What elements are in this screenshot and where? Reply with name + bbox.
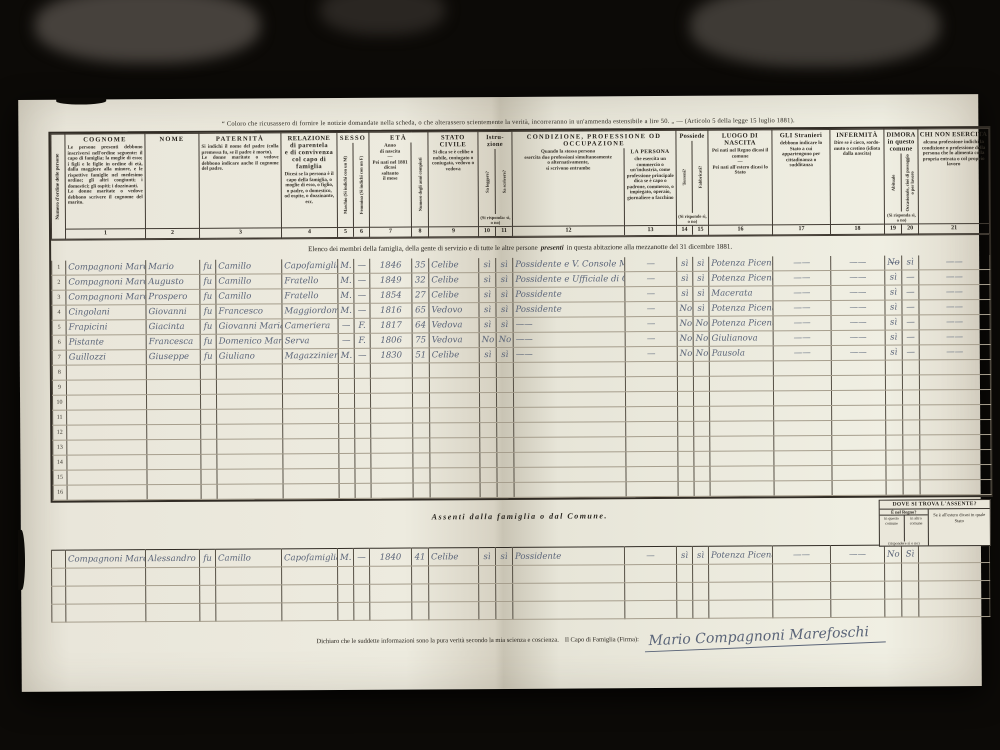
cell-fu — [201, 469, 217, 484]
cell-dim_oc: — — [902, 315, 919, 330]
cell-anni: 75 — [412, 333, 429, 348]
cell-infermita: —— — [831, 256, 885, 271]
cell-num: 15 — [53, 470, 67, 485]
cell-relazione — [283, 468, 339, 483]
cell-padre — [217, 484, 283, 499]
cell-infermita — [832, 405, 886, 420]
cell-m: M. — [338, 303, 354, 318]
cell-condizione — [514, 452, 626, 468]
col-header-istruzione: Istru- zioneSa leggere?Sa scrivere?(Si r… — [478, 131, 513, 236]
cell-anni: 27 — [412, 288, 429, 303]
cell-anno: 1817 — [370, 318, 412, 333]
absent-section: Assenti dalla famiglia o dal Comune. DOV… — [51, 509, 990, 623]
cell-f — [355, 438, 371, 453]
cell-f — [354, 602, 370, 620]
cell-fu — [200, 379, 216, 394]
cell-stato: Celibe — [429, 348, 479, 363]
cell-m — [338, 602, 354, 620]
cell-infermita — [832, 450, 886, 465]
cell-cognome — [67, 410, 147, 425]
cell-chi: —— — [919, 330, 990, 345]
cell-dim_oc: — — [902, 345, 919, 360]
cell-chi — [919, 375, 990, 390]
cell-fabbricati: sì — [693, 286, 709, 301]
cell-luogo — [710, 451, 774, 466]
cell-f: — — [353, 548, 369, 566]
cell-scrive: sì — [496, 302, 513, 317]
cell-dim_ab — [886, 480, 903, 495]
cell-luogo — [709, 582, 773, 600]
cell-dim_ab — [886, 405, 903, 420]
cell-anni — [412, 602, 429, 620]
cell-f — [355, 483, 371, 498]
cell-anni: 51 — [412, 348, 429, 363]
cell-relazione: Fratello — [282, 273, 338, 288]
cell-stranieri: —— — [773, 300, 831, 315]
cell-persona — [625, 600, 677, 618]
col-header-stranieri: GLI Stranieridebbono indicare lo Stato a… — [772, 129, 831, 234]
cell-num: 5 — [52, 320, 66, 335]
cell-anni — [413, 438, 430, 453]
cell-fabbricati — [694, 421, 710, 436]
cell-legge — [480, 438, 497, 453]
cell-dim_oc — [902, 375, 919, 390]
cell-condizione: Possidente e V. Console Malvinese — [513, 257, 625, 272]
cell-cognome — [67, 440, 147, 455]
col-header-eta: ETÀAnno di nascita — Pei nati nel 1881 d… — [369, 132, 429, 237]
cell-anno: 1854 — [370, 288, 412, 303]
cell-chi — [920, 405, 991, 420]
cell-stranieri — [773, 390, 831, 405]
cell-dim_ab — [886, 465, 903, 480]
cell-dim_oc — [902, 360, 919, 375]
cell-nome: Giovanni — [146, 304, 200, 319]
cell-nome — [147, 484, 201, 499]
cell-condizione: —— — [513, 317, 625, 333]
cell-num: 13 — [53, 440, 67, 455]
where-absent-box: DOVE SI TROVA L'ASSENTE? È nel Regno? in… — [879, 499, 991, 547]
cell-relazione — [283, 408, 339, 423]
cell-infermita — [831, 563, 885, 581]
cell-infermita: —— — [831, 315, 885, 330]
cell-stranieri: —— — [772, 545, 830, 563]
header-row: Numero d'ordine delle persone COGNOMELe … — [51, 129, 990, 240]
cell-stranieri — [773, 563, 831, 581]
cell-fu: fu — [200, 274, 216, 289]
cell-anni: 65 — [412, 303, 429, 318]
cell-chi: —— — [919, 315, 990, 330]
cell-fabbricati: sì — [693, 257, 709, 272]
cell-anni: 64 — [412, 318, 429, 333]
declaration-text: Dichiaro che le suddette informazioni so… — [316, 637, 558, 645]
cell-legge: sì — [479, 318, 496, 333]
cell-infermita — [831, 390, 885, 405]
cell-m — [339, 453, 355, 468]
cell-cognome: Compagnoni Marefoschi — [66, 290, 146, 305]
cell-chi — [920, 420, 991, 435]
cell-condizione — [514, 482, 626, 498]
cell-chi — [919, 581, 990, 599]
cell-relazione: Magazziniere — [282, 348, 338, 363]
cell-persona — [626, 481, 678, 496]
cell-condizione: Possidente e Ufficiale di Cavalleria — [513, 272, 625, 288]
cell-relazione: Serva — [282, 333, 338, 348]
cell-condizione — [513, 377, 625, 393]
cell-anno — [370, 602, 412, 620]
cell-stranieri: —— — [773, 345, 831, 360]
cell-persona — [626, 436, 678, 451]
cell-relazione: Maggiordomo — [282, 303, 338, 318]
cell-nome — [147, 394, 201, 409]
cell-chi — [919, 599, 990, 617]
cell-stranieri — [773, 360, 831, 375]
census-body-table: 1Compagnoni MarefoschiMariofuCamilloCapo… — [51, 255, 991, 501]
cell-chi: —— — [919, 285, 990, 300]
cell-m — [338, 363, 354, 378]
cell-anno: 1840 — [369, 548, 411, 566]
cell-fu: fu — [200, 319, 216, 334]
cell-m — [339, 423, 355, 438]
cell-num — [52, 604, 66, 622]
cell-num: 10 — [53, 395, 67, 410]
cell-cognome — [67, 425, 147, 440]
cell-terreni: No — [677, 331, 693, 346]
cell-fabbricati — [693, 376, 709, 391]
cell-luogo — [709, 391, 773, 406]
cell-relazione: Capofamiglia — [281, 548, 337, 566]
cell-f: F. — [354, 318, 370, 333]
cell-f — [355, 468, 371, 483]
cell-stato — [430, 468, 480, 483]
cell-luogo — [710, 406, 774, 421]
cell-fabbricati — [694, 406, 710, 421]
col-header-condizione: CONDIZIONE, PROFESSIONE OD OCCUPAZIONEQu… — [512, 130, 677, 236]
cell-anno: 1849 — [370, 273, 412, 288]
col-header-luogo-nascita: LUOGO DI NASCITAPei nati nel Regno dicas… — [708, 130, 773, 235]
cell-anni — [413, 423, 430, 438]
cell-stranieri — [774, 435, 832, 450]
cell-persona — [625, 391, 677, 406]
cell-scrive — [497, 437, 514, 452]
cell-dim_ab: sì — [885, 330, 902, 345]
cell-fu: fu — [200, 349, 216, 364]
cell-stranieri: —— — [773, 285, 831, 300]
cell-terreni: No — [677, 316, 693, 331]
cell-condizione: Possidente — [512, 547, 624, 566]
cell-stranieri — [774, 420, 832, 435]
cell-persona — [626, 406, 678, 421]
cell-padre — [216, 379, 282, 394]
cell-stato — [429, 363, 479, 378]
cell-luogo: Potenza Picena — [709, 256, 773, 271]
cell-infermita — [831, 599, 885, 617]
cell-stato: Celibe — [429, 288, 479, 303]
cell-anno — [370, 378, 412, 393]
cell-persona — [625, 376, 677, 391]
cell-m — [338, 566, 354, 584]
cell-terreni: sì — [677, 257, 693, 272]
cell-persona: — — [624, 546, 676, 564]
cell-legge — [480, 468, 497, 483]
cell-dim_ab: No — [884, 545, 901, 563]
cell-dim_ab: N̶o̶ — [885, 256, 902, 271]
cell-dim_oc: — — [902, 330, 919, 345]
cell-dim_ab: sì — [885, 270, 902, 285]
cell-padre — [217, 439, 283, 454]
cell-f — [354, 363, 370, 378]
cell-terreni: sì — [676, 546, 692, 564]
cell-relazione — [282, 566, 338, 584]
col-header-paternita: PATERNITÀSi indichi il nome del padre (c… — [199, 133, 282, 238]
cell-legge: sì — [479, 273, 496, 288]
cell-dim_oc — [902, 390, 919, 405]
cell-terreni: No — [677, 346, 693, 361]
cell-dim_oc — [902, 599, 919, 617]
cell-f — [354, 393, 370, 408]
cell-persona: — — [625, 271, 677, 286]
cell-scrive — [496, 601, 513, 619]
cell-scrive — [497, 407, 514, 422]
cell-condizione: Possidente — [513, 287, 625, 303]
cell-padre — [217, 394, 283, 409]
cell-f — [355, 408, 371, 423]
cell-legge — [479, 566, 496, 584]
cell-legge — [480, 453, 497, 468]
cell-condizione — [513, 601, 625, 620]
cell-m: M. — [338, 259, 354, 274]
cell-num — [52, 586, 66, 604]
cell-dim_oc: sì — [902, 255, 919, 270]
cell-stato — [429, 584, 479, 602]
cell-fu: fu — [200, 260, 216, 275]
cell-anni: 32 — [412, 273, 429, 288]
cell-m — [339, 483, 355, 498]
cell-relazione: Fratello — [282, 288, 338, 303]
cell-scrive — [497, 467, 514, 482]
cell-anno — [371, 483, 413, 498]
cell-scrive — [496, 362, 513, 377]
cell-legge — [479, 584, 496, 602]
cell-num: 6 — [52, 335, 66, 350]
cell-stato: Vedovo — [429, 303, 479, 318]
cell-terreni — [678, 421, 694, 436]
cell-stato — [430, 408, 480, 423]
cell-nome: Francesca — [146, 334, 200, 349]
cell-infermita — [832, 435, 886, 450]
cell-dim_oc — [903, 420, 920, 435]
cell-nome — [146, 603, 200, 621]
cell-cognome — [66, 365, 146, 380]
cell-m: M. — [338, 288, 354, 303]
cell-fu — [201, 394, 217, 409]
cell-relazione — [282, 602, 338, 620]
cell-persona — [625, 564, 677, 582]
cell-anni — [413, 468, 430, 483]
cell-anno — [370, 584, 412, 602]
cell-chi — [919, 563, 990, 581]
cell-stato: Celibe — [429, 258, 479, 273]
cell-anni — [412, 584, 429, 602]
cell-anno — [371, 438, 413, 453]
cell-scrive: sì — [496, 347, 513, 362]
cell-infermita — [832, 420, 886, 435]
cell-stato — [430, 483, 480, 498]
paper-tear — [18, 530, 25, 590]
cell-cognome: Compagnoni Marefoschi — [65, 550, 145, 568]
census-header-table: Numero d'ordine delle persone COGNOMELe … — [50, 128, 990, 240]
cell-infermita: —— — [831, 270, 885, 285]
cell-infermita: —— — [830, 545, 884, 563]
cell-f — [354, 566, 370, 584]
cell-condizione — [513, 392, 625, 408]
cell-padre: Domenico March. — [216, 334, 282, 349]
cell-fabbricati — [694, 466, 710, 481]
col-header-relazione: RELAZIONE di parentela e di convivenza c… — [281, 132, 338, 237]
cell-stranieri — [773, 581, 831, 599]
cell-condizione — [514, 422, 626, 438]
cell-num: 16 — [53, 485, 67, 500]
cell-cognome: Guillozzi — [66, 350, 146, 365]
cell-terreni — [677, 600, 693, 618]
cell-m: M. — [338, 273, 354, 288]
cell-chi: —— — [919, 300, 990, 315]
cell-stato: Celibe — [428, 548, 478, 566]
cell-scrive: sì — [495, 547, 512, 565]
cell-f — [355, 423, 371, 438]
cell-luogo: Giulianova — [709, 331, 773, 346]
cell-dim_ab — [886, 420, 903, 435]
cell-padre — [217, 409, 283, 424]
cell-scrive: sì — [496, 258, 513, 273]
cell-infermita: —— — [831, 285, 885, 300]
declaration-lead: Il Capo di Famiglia (Firma): — [565, 636, 639, 643]
cell-terreni — [677, 376, 693, 391]
cell-fu: fu — [199, 549, 215, 567]
cell-persona — [625, 582, 677, 600]
cell-stranieri — [773, 599, 831, 617]
cell-persona: — — [625, 331, 677, 346]
cell-cognome — [66, 568, 146, 586]
cell-anno: 1806 — [370, 333, 412, 348]
cell-infermita: —— — [831, 300, 885, 315]
cell-scrive — [497, 452, 514, 467]
cell-padre: Francesco — [216, 304, 282, 319]
cell-relazione — [282, 363, 338, 378]
cell-stato — [429, 602, 479, 620]
col-header-chi-non-esercita: CHI NON ESERCITAalcuna professione indic… — [918, 129, 990, 234]
cell-legge: sì — [479, 258, 496, 273]
cell-anno — [370, 566, 412, 584]
cell-relazione: Capofamiglia — [282, 259, 338, 274]
cell-legge — [479, 378, 496, 393]
cell-dim_oc: — — [902, 285, 919, 300]
cell-fu: fu — [200, 334, 216, 349]
cell-nome — [147, 454, 201, 469]
cell-cognome — [67, 395, 147, 410]
cell-persona — [626, 451, 678, 466]
cell-anni: 41 — [411, 548, 428, 566]
cell-dim_ab — [885, 360, 902, 375]
cell-stranieri: —— — [773, 270, 831, 285]
cell-nome — [146, 364, 200, 379]
cell-luogo — [710, 436, 774, 451]
cell-fabbricati — [693, 564, 709, 582]
cell-fabbricati — [694, 451, 710, 466]
cell-luogo: Pausola — [709, 346, 773, 361]
cell-persona: — — [625, 286, 677, 301]
cell-num: 2 — [52, 275, 66, 290]
cell-terreni: sì — [677, 271, 693, 286]
cell-anno: 1846 — [370, 259, 412, 274]
cell-stranieri — [774, 450, 832, 465]
cell-legge: sì — [479, 288, 496, 303]
cell-legge: sì — [479, 303, 496, 318]
cell-padre: Camillo — [216, 289, 282, 304]
cell-num: 3 — [52, 290, 66, 305]
cell-scrive — [497, 422, 514, 437]
cell-padre — [217, 469, 283, 484]
col-header-numero: Numero d'ordine delle persone — [51, 134, 66, 239]
cell-f: — — [354, 288, 370, 303]
cell-infermita — [831, 360, 885, 375]
cell-stato: Celibe — [429, 273, 479, 288]
cell-dim_oc — [903, 465, 920, 480]
cell-scrive — [497, 482, 514, 497]
head-of-family-signature: Mario Compagnoni Marefoschi — [645, 623, 886, 652]
cell-f: F. — [354, 333, 370, 348]
absent-table: Compagnoni MarefoschiAlessandrofuCamillo… — [51, 544, 990, 623]
cell-persona: — — [625, 301, 677, 316]
cell-fu: fu — [200, 289, 216, 304]
cell-f: — — [354, 348, 370, 363]
cell-dim_ab — [885, 375, 902, 390]
cell-anno: 1830 — [370, 348, 412, 363]
cell-persona — [625, 361, 677, 376]
cell-dim_ab: sì — [885, 315, 902, 330]
cell-stranieri — [773, 375, 831, 390]
cell-luogo — [710, 481, 774, 496]
cell-terreni — [677, 582, 693, 600]
cell-padre — [217, 424, 283, 439]
cell-dim_ab: sì — [885, 300, 902, 315]
cell-anni: 35 — [412, 258, 429, 273]
cell-luogo: Potenza Picena — [709, 271, 773, 286]
cell-m — [339, 408, 355, 423]
cell-nome — [146, 567, 200, 585]
cell-fabbricati — [694, 481, 710, 496]
cell-luogo — [709, 361, 773, 376]
cell-infermita: —— — [831, 345, 885, 360]
cell-chi — [918, 545, 989, 563]
cell-anno — [371, 468, 413, 483]
cell-f — [354, 584, 370, 602]
cell-stranieri: —— — [773, 330, 831, 345]
cell-num: 8 — [52, 365, 66, 380]
cell-condizione: Possidente — [513, 302, 625, 318]
cell-anno — [371, 423, 413, 438]
cell-nome — [147, 409, 201, 424]
cell-scrive — [496, 565, 513, 583]
cell-fu — [201, 409, 217, 424]
cell-num: 14 — [53, 455, 67, 470]
cell-dim_ab — [885, 390, 902, 405]
cell-relazione — [282, 378, 338, 393]
cell-padre — [216, 585, 282, 603]
cell-stranieri: —— — [773, 315, 831, 330]
cell-num: 12 — [53, 425, 67, 440]
cell-fu — [201, 454, 217, 469]
cell-f — [355, 453, 371, 468]
